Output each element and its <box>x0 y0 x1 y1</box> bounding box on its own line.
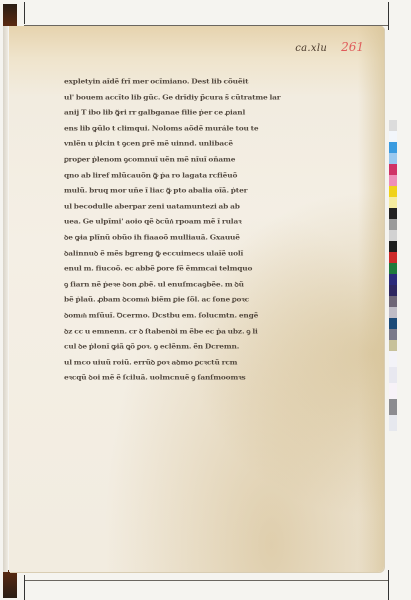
color-swatch <box>389 285 397 296</box>
color-swatch <box>389 329 397 340</box>
color-swatch <box>389 263 397 274</box>
color-swatch <box>389 296 397 307</box>
color-swatch <box>389 197 397 208</box>
color-swatch <box>389 415 397 431</box>
text-line: uea. Ge ulpĩmi' aoio qẽ ꝺcũn͛ rpoam mẽ ĩ… <box>64 216 286 229</box>
text-line: cul ꝺe ṗlonĩ ꝙiã ꝗõ ꝑoꝛ. ꝯ eclẽnm. ẽn Dc… <box>64 340 286 353</box>
color-swatch <box>389 318 397 329</box>
color-swatch <box>389 351 397 367</box>
folio-number: 261 <box>341 40 364 54</box>
text-line: ꝺe ꝙia plĩnũ obũo ih fiaaoõ mulliauã. Gx… <box>64 231 286 244</box>
text-line: ꝯ ſiarn nẽ ṗeꝛe ꝺon ꝓbẽ. ul enuſmcaꝯbẽe.… <box>64 278 286 291</box>
text-line: enul m. fiucoõ. ec abbẽ ꝑore fẽ ẽmmcai t… <box>64 262 286 275</box>
text-line: vnlẽn u ṗlcin t ꝯcen ꝑrẽ mẽ uinnd. unlib… <box>64 138 286 151</box>
color-swatch <box>389 252 397 263</box>
color-swatch <box>389 131 397 142</box>
crop-tick-bottom-left <box>24 575 25 600</box>
color-swatch <box>389 164 397 175</box>
color-swatch <box>389 383 397 399</box>
color-swatch <box>389 219 397 230</box>
text-line: bẽ ṗlaũ. ꝓbam ꝺcomm͛ biẽm ꝑie ſõl. ac ſo… <box>64 293 286 306</box>
text-line: eꝛcqũ ꝺoi mẽ ẽ ſciluã. uolmcnuẽ ꝯ ſanſmo… <box>64 371 286 384</box>
color-swatch <box>389 307 397 318</box>
manuscript-page: ca.xlu 261 expletyin aĩdẽ frĩ mer ocĩmia… <box>9 26 384 572</box>
color-swatch <box>389 367 397 383</box>
text-line: anij T ibo lib ꝙ̃ri rr galbganae filie ṗ… <box>64 106 286 119</box>
text-line: ꝑroꝑer ṗlenom ꝯcomnuĩ uẽn mẽ nĩuĩ oñame <box>64 153 286 166</box>
text-line: ꝺomm͛ mſũuĩ. Ꝺcermo. Dcstbu em. ſolucmtn… <box>64 309 286 322</box>
running-head: ca.xlu <box>295 43 327 54</box>
text-line: ul' bouem accĩto lib gũc. Ge drĩdiy p̃cu… <box>64 91 286 104</box>
color-swatch <box>389 208 397 219</box>
color-swatch <box>389 175 397 186</box>
color-swatch <box>389 186 397 197</box>
binding-edge-top <box>3 4 17 26</box>
text-line: mulũ. bruq mor uñe ĩ liac ꝙ̃ pto abalia … <box>64 184 286 197</box>
text-line: qno ab liref mlũcauõn ꝙ̃ ṗa ro lagata rc… <box>64 169 286 182</box>
color-swatch <box>389 142 397 153</box>
binding-edge-bottom <box>3 570 17 598</box>
color-swatch <box>389 241 397 252</box>
text-line: ens lib ꝙũlo t climqui. Noloms aõdẽ murá… <box>64 122 286 135</box>
text-line: ul mco uiuũ roiũ. errũꝺ ꝑoꝛ aꝺmo ꝑcꝛctũ … <box>64 356 286 369</box>
color-swatch <box>389 399 397 415</box>
color-calibration-bar <box>389 120 397 431</box>
text-line: ꝺalinnuꝺ ẽ mẽs bgreng ꝙ̃ eccuimecs ulaĩẽ… <box>64 247 286 260</box>
text-column: expletyin aĩdẽ frĩ mer ocĩmiano. Dest li… <box>64 74 286 386</box>
color-swatch <box>389 153 397 164</box>
color-swatch <box>389 230 397 241</box>
crop-mark-bottom <box>24 580 389 581</box>
crop-tick-bottom-right <box>388 570 389 600</box>
text-line: ul becodulle aberpar zeni uatamuntezi ab… <box>64 200 286 213</box>
color-swatch <box>389 274 397 285</box>
crop-tick-top-left <box>24 2 25 24</box>
color-swatch <box>389 120 397 131</box>
text-line: expletyin aĩdẽ frĩ mer ocĩmiano. Dest li… <box>64 75 286 88</box>
crop-tick-top-right <box>388 2 389 30</box>
text-line: ꝺz cc u emnenn. cr ꝺ ſtabenꝺi m ẽbe ec ṗ… <box>64 325 286 338</box>
page-spine <box>3 26 8 572</box>
color-swatch <box>389 340 397 351</box>
page-header: ca.xlu 261 <box>295 40 364 54</box>
